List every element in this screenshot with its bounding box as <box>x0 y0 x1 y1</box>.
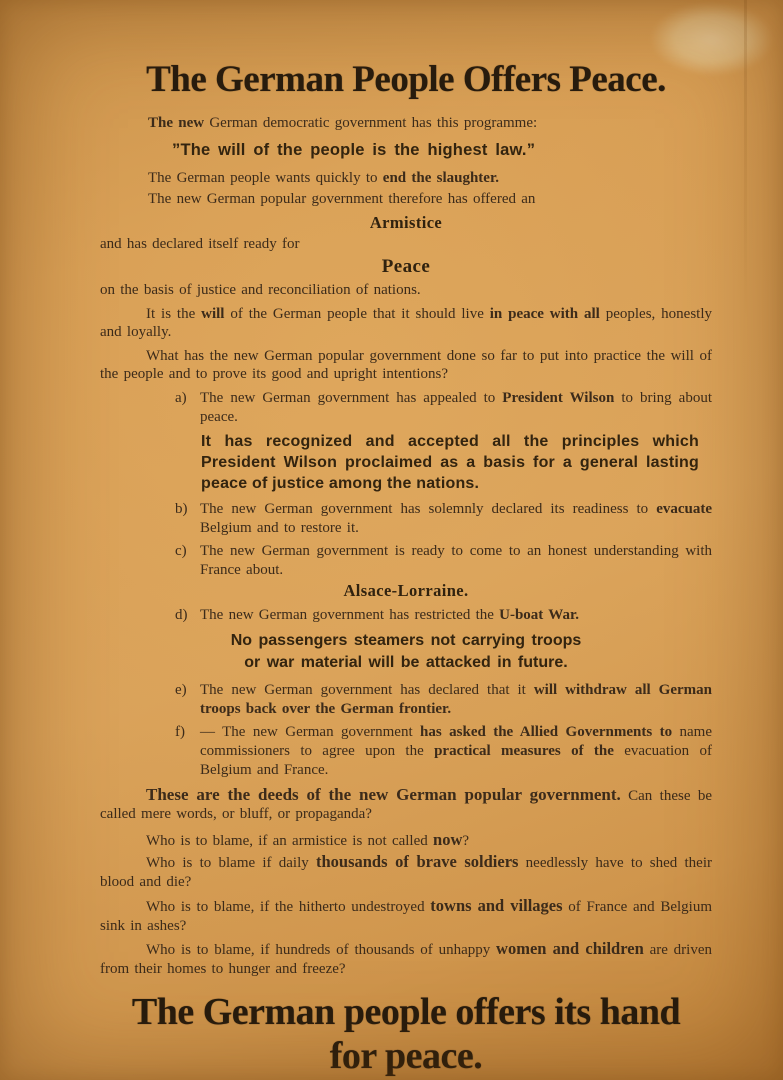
point-d: d) The new German government has restric… <box>175 606 712 625</box>
closing-heading: The German people offers its hand for pe… <box>100 990 712 1078</box>
peace-heading: Peace <box>100 255 712 278</box>
programme-intro-line: The new German democratic government has… <box>148 114 712 133</box>
blame-question-3: Who is to blame, if the hitherto undestr… <box>100 897 712 935</box>
point-f-text: — The new German government has asked th… <box>200 723 712 780</box>
programme-question-paragraph: What has the new German popular governme… <box>100 347 712 384</box>
declared-line: and has declared itself ready for <box>100 235 712 254</box>
point-d-marker: d) <box>175 606 200 625</box>
point-b-text: The new German government has solemnly d… <box>200 500 712 538</box>
point-c: c) The new German government is ready to… <box>175 542 712 580</box>
slaughter-line: The German people wants quickly to end t… <box>148 169 712 188</box>
blame-question-4: Who is to blame, if hundreds of thousand… <box>100 940 712 978</box>
point-b: b) The new German government has solemnl… <box>175 500 712 538</box>
offered-line: The new German popular government theref… <box>148 190 712 209</box>
point-f-marker: f) <box>175 723 200 780</box>
point-a-text: The new German government has appealed t… <box>200 389 712 427</box>
document-title: The German People Offers Peace. <box>100 58 712 102</box>
closing-line-2: for peace. <box>100 1034 712 1078</box>
point-e-text: The new German government has declared t… <box>200 681 712 719</box>
leaflet-content: The German People Offers Peace. The new … <box>100 58 712 1078</box>
point-f: f) — The new German government has asked… <box>175 723 712 780</box>
blame-question-1: Who is to blame, if an armistice is not … <box>100 831 712 851</box>
will-paragraph: It is the will of the German people that… <box>100 305 712 342</box>
deeds-paragraph: These are the deeds of the new German po… <box>100 786 712 824</box>
paper-crease <box>744 0 747 320</box>
point-c-text: The new German government is ready to co… <box>200 542 712 580</box>
motto-line: ”The will of the people is the highest l… <box>172 139 712 161</box>
uboat-notice-line-2: or war material will be attacked in futu… <box>100 652 712 674</box>
wilson-principles-paragraph: It has recognized and accepted all the p… <box>201 431 699 494</box>
leaflet-paper: The German People Offers Peace. The new … <box>0 0 783 1080</box>
point-b-marker: b) <box>175 500 200 538</box>
point-a: a) The new German government has appeale… <box>175 389 712 427</box>
point-a-marker: a) <box>175 389 200 427</box>
armistice-heading: Armistice <box>100 213 712 232</box>
point-d-text: The new German government has restricted… <box>200 606 712 625</box>
closing-line-1: The German people offers its hand <box>100 990 712 1034</box>
point-e: e) The new German government has declare… <box>175 681 712 719</box>
uboat-notice: No passengers steamers not carrying troo… <box>100 630 712 674</box>
basis-line: on the basis of justice and reconciliati… <box>100 281 712 300</box>
alsace-lorraine-heading: Alsace-Lorraine. <box>100 581 712 600</box>
point-e-marker: e) <box>175 681 200 719</box>
blame-question-2: Who is to blame if daily thousands of br… <box>100 853 712 891</box>
uboat-notice-line-1: No passengers steamers not carrying troo… <box>100 630 712 652</box>
point-c-marker: c) <box>175 542 200 580</box>
